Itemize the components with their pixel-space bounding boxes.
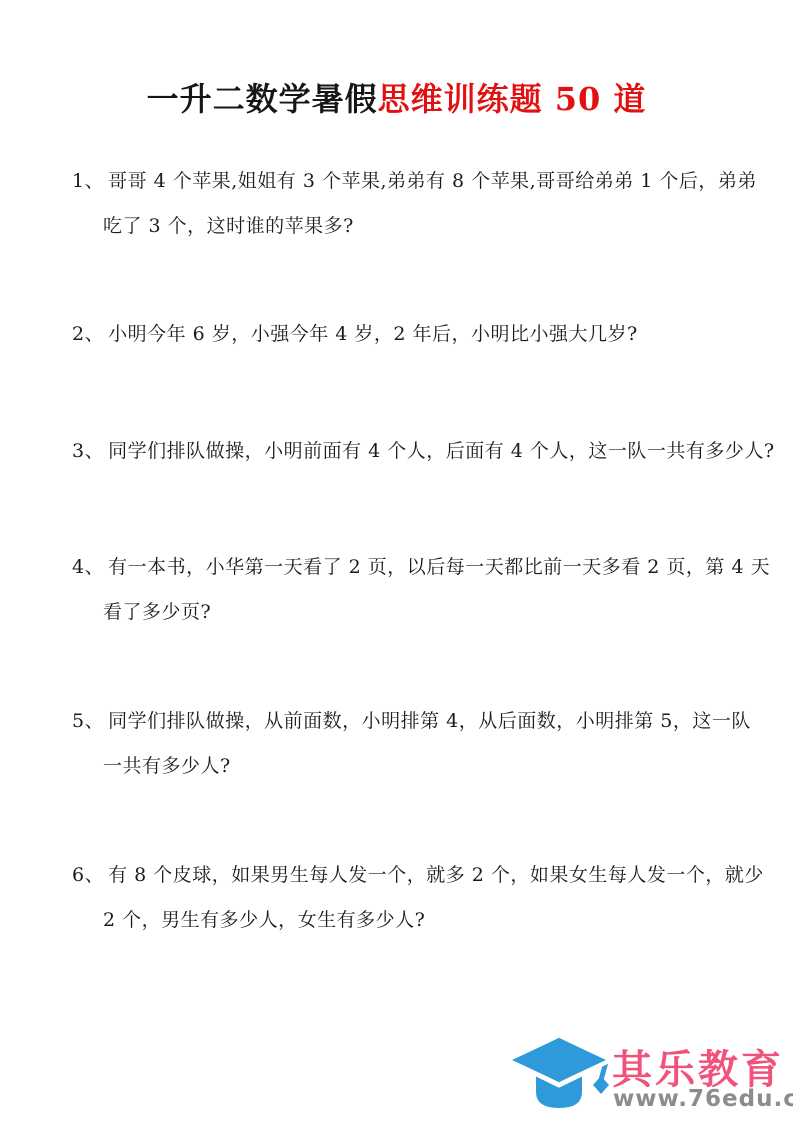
question-text: 2 个，男生有多少人，女生有多少人? (72, 898, 752, 943)
question-line: 3、同学们排队做操，小明前面有 4 个人，后面有 4 个人，这一队一共有多少人? (72, 429, 752, 474)
question-line: 1、哥哥 4 个苹果,姐姐有 3 个苹果,弟弟有 8 个苹果,哥哥给弟弟 1 个… (72, 159, 752, 204)
question-text: 小明今年 6 岁，小强今年 4 岁，2 年后，小明比小强大几岁? (108, 323, 638, 345)
question-text: 一共有多少人? (72, 744, 752, 789)
question-6: 6、有 8 个皮球，如果男生每人发一个，就多 2 个，如果女生每人发一个，就少 … (72, 853, 752, 943)
question-text: 看了多少页? (72, 590, 752, 635)
question-4: 4、有一本书，小华第一天看了 2 页，以后每一天都比前一天多看 2 页，第 4 … (72, 545, 752, 635)
brand-footer: 其乐教育 www.76edu.com (503, 1030, 793, 1122)
question-number: 1、 (72, 170, 104, 192)
graduation-cap-icon (503, 1032, 615, 1120)
question-number: 3、 (72, 440, 104, 462)
question-text: 有 8 个皮球，如果男生每人发一个，就多 2 个，如果女生每人发一个，就少 (108, 864, 764, 886)
question-text: 有一本书，小华第一天看了 2 页，以后每一天都比前一天多看 2 页，第 4 天 (108, 556, 770, 578)
question-number: 4、 (72, 556, 104, 578)
question-text: 同学们排队做操，小明前面有 4 个人，后面有 4 个人，这一队一共有多少人? (108, 440, 775, 462)
question-number: 6、 (72, 864, 104, 886)
title-red-part: 思维训练题 50 道 (378, 80, 647, 118)
question-number: 2、 (72, 323, 104, 345)
question-line: 4、有一本书，小华第一天看了 2 页，以后每一天都比前一天多看 2 页，第 4 … (72, 545, 752, 590)
question-text: 哥哥 4 个苹果,姐姐有 3 个苹果,弟弟有 8 个苹果,哥哥给弟弟 1 个后，… (108, 170, 757, 192)
website-url: www.76edu.com (613, 1086, 793, 1112)
page-title: 一升二数学暑假思维训练题 50 道 (0, 74, 793, 120)
question-3: 3、同学们排队做操，小明前面有 4 个人，后面有 4 个人，这一队一共有多少人? (72, 429, 752, 474)
question-text: 同学们排队做操，从前面数，小明排第 4，从后面数，小明排第 5，这一队 (108, 710, 751, 732)
title-black-part: 一升二数学暑假 (147, 80, 378, 118)
question-1: 1、哥哥 4 个苹果,姐姐有 3 个苹果,弟弟有 8 个苹果,哥哥给弟弟 1 个… (72, 159, 752, 249)
question-line: 6、有 8 个皮球，如果男生每人发一个，就多 2 个，如果女生每人发一个，就少 (72, 853, 752, 898)
question-number: 5、 (72, 710, 104, 732)
question-2: 2、小明今年 6 岁，小强今年 4 岁，2 年后，小明比小强大几岁? (72, 312, 752, 357)
question-5: 5、同学们排队做操，从前面数，小明排第 4，从后面数，小明排第 5，这一队 一共… (72, 699, 752, 789)
question-text: 吃了 3 个，这时谁的苹果多? (72, 204, 752, 249)
question-line: 5、同学们排队做操，从前面数，小明排第 4，从后面数，小明排第 5，这一队 (72, 699, 752, 744)
worksheet-page: 一升二数学暑假思维训练题 50 道 1、哥哥 4 个苹果,姐姐有 3 个苹果,弟… (0, 0, 793, 1122)
question-line: 2、小明今年 6 岁，小强今年 4 岁，2 年后，小明比小强大几岁? (72, 312, 752, 357)
